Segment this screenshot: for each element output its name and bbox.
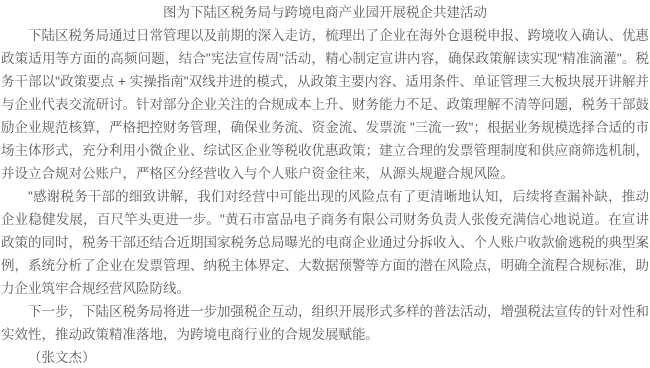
article-paragraph-1: 下陆区税务局通过日常管理以及前期的深入走访，梳理出了企业在海外仓退税申报、跨境收…: [1, 24, 649, 185]
article-signature: （张文杰）: [1, 346, 649, 368]
article: 图为下陆区税务局与跨境电商产业园开展税企共建活动 下陆区税务局通过日常管理以及前…: [0, 0, 650, 368]
article-paragraph-3: 下一步，下陆区税务局将进一步加强税企互动，组织开展形式多样的普法活动，增强税法宣…: [1, 300, 649, 346]
article-paragraph-2: "感谢税务干部的细致讲解，我们对经营中可能出现的风险点有了更清晰地认知，后续将查…: [1, 185, 649, 300]
article-title: 图为下陆区税务局与跨境电商产业园开展税企共建活动: [1, 1, 649, 24]
